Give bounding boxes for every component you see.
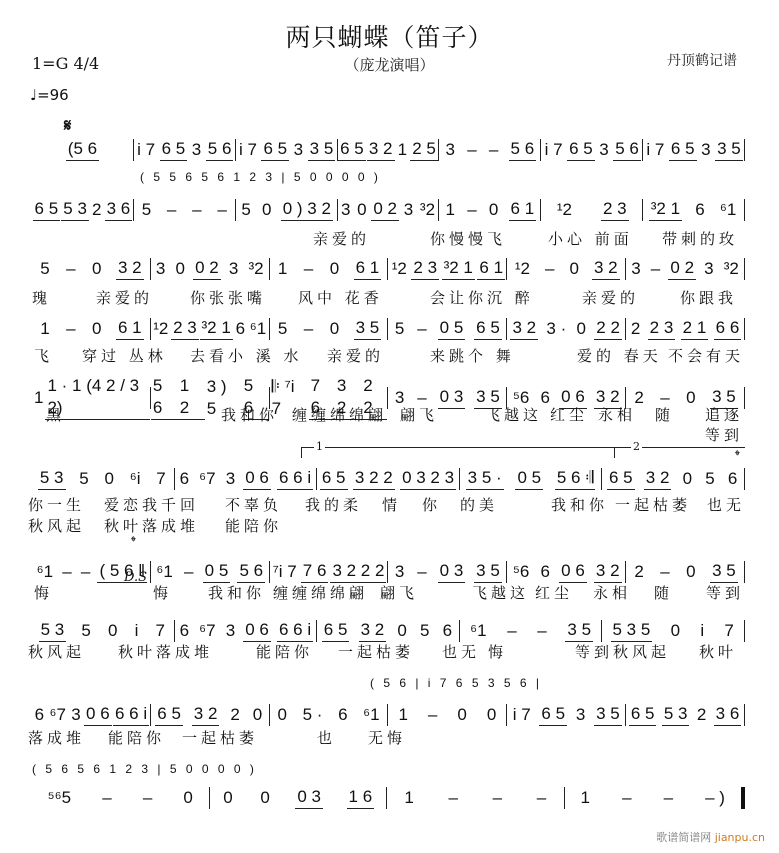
note-group: 2 3 (601, 198, 629, 221)
lyric-word: 一起枯萎 (615, 494, 691, 515)
measure: ³2 16⁶1 (643, 198, 744, 221)
note-group: 3 2 (192, 703, 220, 726)
coda-icon: 𝄌 (735, 448, 740, 464)
measure: 1–06 1 (439, 198, 540, 221)
lyric-word: 缠缠绵绵翩 (292, 404, 387, 425)
note-group: 5 3 (61, 198, 89, 221)
measure: ¹22 3³2 16⁶1 (151, 317, 269, 340)
note-group: 5 6 (206, 138, 234, 161)
note-group: – (100, 787, 113, 809)
note-group: 0 2 (371, 198, 399, 221)
note-group: 0 6 (559, 560, 587, 583)
note-group: 0 (575, 318, 588, 340)
note-group: 2 (695, 704, 708, 726)
note-group: 6 6 i (277, 619, 313, 642)
lyric-word: 红尘 (550, 404, 588, 425)
final-bar-line (741, 787, 745, 809)
note-group: 2 (629, 318, 642, 340)
segno-icon: 𝄋 (64, 116, 71, 136)
note-group: 5 (703, 468, 716, 490)
note-group: (5 6 (66, 138, 99, 161)
measure: ¹22 3 (541, 198, 642, 221)
note-group: ⁶1 (718, 199, 738, 221)
lyric-word: 不辜负 (225, 494, 282, 515)
note-group: 6 (336, 704, 349, 726)
note-group: ¹2 (390, 258, 409, 280)
note-group: 5 3 (39, 619, 67, 642)
lyric-word: 落成堆 (28, 727, 85, 748)
note-group: 3 6 (105, 198, 133, 221)
measure: 6 53 220 (151, 703, 269, 726)
note-group: 6 (178, 468, 191, 490)
note-group: 0 (328, 258, 341, 280)
note-group: 5 3 5 (611, 619, 653, 642)
note-group: – (649, 258, 662, 280)
note-group: 6 1 (116, 317, 144, 340)
measure: 1–06 1 (32, 317, 150, 340)
note-group: – (141, 787, 154, 809)
lyric-word: 秋叶落成堆 (104, 515, 199, 536)
note-group: – (415, 318, 428, 340)
note-group: 3 (597, 139, 610, 161)
note-group: 3 2 (116, 257, 144, 280)
lyric-word: 等到秋风起 (575, 641, 670, 662)
note-group: ¹2 (513, 258, 532, 280)
note-group: 3 (699, 139, 712, 161)
note-group: ⁶7 (197, 468, 217, 490)
measure: 5––– (134, 199, 235, 221)
note-group: 1 (32, 387, 45, 409)
measure: 3 5 ·0 55 6 𝄇 (460, 467, 602, 490)
lyric-word: 无悔 (368, 727, 406, 748)
note-group: ³2 1 (442, 257, 475, 280)
note-group: 5 (38, 258, 51, 280)
lyric-word: 永相 (593, 582, 631, 603)
note-group: 6 6 i (277, 467, 313, 490)
note-group: 0 (260, 199, 273, 221)
lyric-word: 能陪你 (108, 727, 165, 748)
note-group: ³2 (722, 258, 741, 280)
measure: i 76 533 5 (236, 138, 337, 161)
score-line: 1–06 1¹22 3³2 16⁶15–03 55–0 56 53 23 ·02… (32, 317, 745, 341)
note-group: 0 3 (438, 560, 466, 583)
note-group: 0 (455, 704, 468, 726)
note-group: 3 · (544, 318, 568, 340)
lyric-word: 你 (422, 494, 441, 515)
lyric-word: 飞 (34, 345, 53, 366)
measure: ⁶1–0 55 6 (151, 560, 269, 583)
tempo-marking: ♩=96 (30, 86, 69, 104)
lyric-word: 小心 前面 (548, 228, 633, 249)
note-group: 5 (79, 620, 92, 642)
note-group: – (491, 787, 504, 809)
note-group: – (465, 139, 478, 161)
measure: i 76 535 6 (134, 138, 235, 161)
lyric-word: 你张张嘴 (190, 287, 266, 308)
lyric-word: 去看小 溪 水 (190, 345, 303, 366)
score-line: 6 55 323 65–––500 ) 3 2300 23³21–06 1¹22… (32, 198, 745, 222)
note-group: 3 (224, 620, 237, 642)
lyric-word: 一起枯萎 (182, 727, 258, 748)
note-group: 0 5 (203, 560, 231, 583)
bar-line (744, 561, 745, 583)
note-group: 1 2 (178, 375, 205, 420)
note-group: i (698, 620, 706, 642)
note-group: 5 (239, 199, 252, 221)
note-group: i 7 (543, 139, 565, 161)
alt-melody-line: ( 5 5 6 5 6 1 2 3 | 5 0 0 0 0 ) (140, 170, 381, 184)
note-group: ⁶7 (47, 704, 67, 726)
note-group: 3 5 (474, 560, 502, 583)
lyric-word: 悔 (34, 582, 53, 603)
note-group: 1 (276, 258, 289, 280)
note-group: – (465, 199, 478, 221)
note-group: 3 5 (715, 138, 743, 161)
note-group: 1 (396, 704, 409, 726)
note-group: 6 5 (261, 138, 289, 161)
volta-bracket-2: 2 (614, 447, 745, 458)
note-group: 7 (153, 620, 166, 642)
measure: 5 350⁶i7 (32, 467, 174, 490)
note-group: 0 3 (295, 786, 323, 809)
measure: ⁵⁶5––0 (32, 787, 209, 809)
lyric-word: 等到 (706, 582, 744, 603)
note-group: 3 (402, 199, 415, 221)
measure: 000 31 6 (210, 786, 387, 809)
lyric-word: 也 (317, 727, 336, 748)
note-group: 0 5 (515, 467, 543, 490)
watermark: 歌谱简谱网 jianpu.cn (656, 829, 765, 845)
note-group: 2 3 (648, 317, 676, 340)
note-group: ⁵6 (511, 561, 532, 583)
lyric-word: 能陪你 (225, 515, 282, 536)
note-group: 5 (140, 199, 153, 221)
note-group: 3 (190, 139, 203, 161)
lyric-word: 会让你沉 醉 (430, 287, 534, 308)
lyric-word: 缠缠绵绵翩 (273, 582, 368, 603)
note-group: 0 (355, 199, 368, 221)
volta-2-label: 2 (631, 440, 642, 453)
lyric-word: 随 (655, 404, 674, 425)
lyric-word: 秋叶 (699, 641, 737, 662)
measure: 3–0 33 5 (388, 560, 506, 583)
measure: 1––– ) (565, 787, 742, 809)
lyric-word: 飞越这 (485, 404, 542, 425)
lyric-word: 你跟我 (680, 287, 737, 308)
measure: 22 32 16 6 (626, 317, 744, 340)
lyric-word: 秋风起 (28, 641, 85, 662)
note-group: 3 2 (644, 467, 672, 490)
lyric-word: 瑰 (32, 287, 51, 308)
note-group: 5 (418, 620, 431, 642)
note-group: 2 1 (681, 317, 709, 340)
lyric-word: 随 (654, 582, 673, 603)
note-group: 6 (178, 620, 191, 642)
lyric-word: 亲爱的 (96, 287, 153, 308)
lyric-word: 亲爱的 (327, 345, 384, 366)
lyric-word: 不会有天 (668, 345, 744, 366)
measure: i 76 533 5 (507, 703, 625, 726)
note-group: 6 (33, 704, 46, 726)
measure: 500 ) 3 2 (236, 198, 337, 221)
measure: 6⁶730 66 6 i (32, 703, 150, 726)
note-group: 1 6 (347, 786, 375, 809)
lyric-word: 你一生 (28, 494, 85, 515)
note-group: 3 5 (565, 619, 593, 642)
bar-line (744, 139, 745, 161)
note-group: 6 5 (320, 467, 348, 490)
note-group: – (79, 561, 92, 583)
measure: i 76 535 6 (541, 138, 642, 161)
note-group: – (505, 620, 518, 642)
measure: 6⁶730 66 6 i (175, 467, 317, 490)
note-group: 3 5 (308, 138, 336, 161)
lyric-word: 悔 (153, 582, 172, 603)
note-group: 3 (339, 199, 352, 221)
note-group: 1 (396, 139, 409, 161)
note-group: – (302, 318, 315, 340)
lyric-word: 亲爱的 (313, 228, 370, 249)
note-group: 6 5 (33, 198, 61, 221)
note-group: – (487, 139, 500, 161)
lyric-word: 带刺的玫 (662, 228, 738, 249)
measure: 5–0 56 5 (388, 317, 506, 340)
note-group: 0 (275, 704, 288, 726)
measure: 05 ·6⁶1 (270, 704, 388, 726)
lyric-word: 爱的 春天 (577, 345, 662, 366)
bar-line (744, 258, 745, 280)
note-group: 1 (38, 318, 51, 340)
note-group: 0 (567, 258, 580, 280)
lyric-word: 亲爱的 (582, 287, 639, 308)
note-group: 2 5 (410, 138, 438, 161)
lyric-word: 我和你 (221, 404, 278, 425)
note-group: 6 1 (477, 257, 505, 280)
note-group: – ) (703, 787, 727, 809)
note-group: 3 5 (354, 317, 382, 340)
note-group: – (535, 620, 548, 642)
note-group: 0 (395, 620, 408, 642)
note-group: 6 1 (509, 198, 537, 221)
bar-line (744, 620, 745, 642)
note-group: 2 2 (594, 317, 622, 340)
measure: ¹22 3³2 16 1 (388, 257, 506, 280)
watermark-en: jianpu.cn (715, 831, 765, 844)
lyric-word: 也无 (442, 641, 480, 662)
key-signature: 1=G 4/4 (32, 54, 99, 73)
measure: 1–00 (388, 704, 506, 726)
lyric-word: 追逐 (705, 404, 743, 425)
note-group: ⁶1 (248, 318, 268, 340)
note-group: ³2 (418, 199, 437, 221)
note-group: 3 2 (592, 257, 620, 280)
score-line: ⁵⁶5––0000 31 61–––1––– ) (32, 786, 745, 810)
note-group: – (426, 704, 439, 726)
note-group: 5 6 (151, 375, 178, 420)
lyric-word: 一起枯萎 (338, 641, 414, 662)
measure: 300 23³2 (338, 198, 439, 221)
measure: 3––5 6 (439, 138, 540, 161)
lyric-word: 的美 (460, 494, 498, 515)
measure: 3–0 23³2 (626, 257, 744, 280)
lyric-word: 我和你 (551, 494, 608, 515)
measure: ⁷i 77 63 2 2 2 (270, 560, 388, 583)
measure: 6 53 212 5 (338, 138, 439, 161)
note-group: 6 (234, 318, 247, 340)
note-group: 0 6 (243, 619, 271, 642)
note-group: ⁶1 (35, 561, 55, 583)
lyric-word: 等到 (705, 424, 743, 445)
note-group: 0 (328, 318, 341, 340)
note-group: – (190, 199, 203, 221)
note-group: ³2 (246, 258, 265, 280)
note-group: 5 (77, 468, 90, 490)
note-group: 6 5 (160, 138, 188, 161)
note-group: 6 5 (669, 138, 697, 161)
score-title: 两只蝴蝶（笛子） (0, 18, 779, 54)
measure: 6 53 2056 (602, 467, 744, 490)
measure: 1––– (387, 787, 564, 809)
note-group: ⁵⁶5 (46, 787, 74, 809)
note-group: 3 2 2 (353, 467, 395, 490)
note-group: ⁶1 (154, 561, 174, 583)
lyric-word: 翩飞 (400, 404, 438, 425)
note-group: 0 (181, 787, 194, 809)
measure: ⁶1––3 5 (460, 619, 602, 642)
score-line: 6⁶730 66 6 i6 53 22005 ·6⁶11–00i 76 533 … (32, 703, 745, 727)
note-group: – (535, 787, 548, 809)
lyric-word: 红尘 (535, 582, 573, 603)
lyric-word: 来跳个 舞 (430, 345, 515, 366)
lyric-word: 你慢慢飞 (430, 228, 506, 249)
lyric-word: 情 (382, 494, 401, 515)
note-group: 5 · (301, 704, 325, 726)
note-group: ⁶7 (197, 620, 217, 642)
note-group: 0 (102, 468, 115, 490)
note-group: 0 (684, 387, 697, 409)
lyric-word: 能陪你 (256, 641, 313, 662)
lyric-word: 翩飞 (380, 582, 418, 603)
note-group: – (182, 561, 195, 583)
note-group: ¹2 (555, 199, 574, 221)
bar-line (744, 199, 745, 221)
note-group: ⁶1 (468, 620, 488, 642)
measure: (5 6 (32, 138, 133, 161)
note-group: 3 2 (367, 138, 395, 161)
alt-melody-line: ( 5 6 5 6 1 2 3 | 5 0 0 0 0 ) (32, 762, 257, 776)
measure: 5–03 2 (32, 257, 150, 280)
coda-icon: 𝄌 (131, 534, 136, 550)
note-group: 0 2 (668, 257, 696, 280)
measure: 5 3 50i7 (602, 619, 744, 642)
note-group: 5 6 (613, 138, 641, 161)
lyric-word: 我和你 (208, 582, 265, 603)
score-subtitle: （庞龙演唱） (0, 54, 779, 75)
note-group: 5 6 (237, 560, 265, 583)
lyric-word: 永相 (598, 404, 636, 425)
score-line: (5 6i 76 535 6i 76 533 56 53 212 53––5 6… (32, 138, 745, 162)
note-group: – (543, 258, 556, 280)
note-group: 1 (444, 199, 457, 221)
note-group: 6 6 (714, 317, 742, 340)
measure: 300 23³2 (151, 257, 269, 280)
measure: 2–03 5 (626, 560, 744, 583)
note-group: 3 (629, 258, 642, 280)
note-group: 3 (154, 258, 167, 280)
note-group: – (662, 787, 675, 809)
note-group: i 7 (644, 139, 666, 161)
measure: i 76 533 5 (643, 138, 744, 161)
note-group: 7 (722, 620, 735, 642)
measure: 5 350i7 (32, 619, 174, 642)
measure: 6 53 2056 (317, 619, 459, 642)
note-group: i 7 (135, 139, 157, 161)
note-group: 3 2 2 2 (330, 560, 386, 583)
note-group: 5 6 (509, 138, 537, 161)
note-group: 0 2 (193, 257, 221, 280)
note-group: 3 2 (594, 560, 622, 583)
ds-marking: D.S (124, 570, 147, 585)
note-group: 5 3 (662, 703, 690, 726)
note-group: 0 5 (438, 317, 466, 340)
note-group: – (64, 258, 77, 280)
note-group: 2 (632, 561, 645, 583)
note-group: 6 5 (567, 138, 595, 161)
note-group: 0 3 2 3 (400, 467, 456, 490)
note-group: i 7 (511, 704, 533, 726)
note-group: ³2 1 (649, 198, 682, 221)
watermark-cn: 歌谱简谱网 (656, 831, 711, 844)
measure: 6 55 323 6 (626, 703, 744, 726)
volta-1-label: 1 (314, 440, 325, 453)
note-group: 0 6 (243, 467, 271, 490)
note-group: 0 (681, 468, 694, 490)
note-group: 0 (106, 620, 119, 642)
note-group: ⁷i 7 (271, 561, 299, 583)
note-group: 3 5 · (466, 467, 504, 490)
note-group: 5 3 (38, 467, 66, 490)
note-group: – (446, 787, 459, 809)
lyric-word: 秋风起 (28, 515, 85, 536)
lyric-word: 风中 花香 (298, 287, 383, 308)
note-group: 6 5 (539, 703, 567, 726)
note-group: 5 (393, 318, 406, 340)
note-group: 3 (69, 704, 82, 726)
note-group: ³2 1 (200, 317, 233, 340)
transcriber: 丹顶鹤记谱 (667, 50, 737, 70)
note-group: ⁶1 (361, 704, 381, 726)
note-group: 6 5 (629, 703, 657, 726)
measure: 6⁶730 66 6 i (175, 619, 317, 642)
note-group: 0 (90, 258, 103, 280)
note-group: – (415, 561, 428, 583)
note-group: 6 5 (322, 619, 350, 642)
lyric-word: 飞越这 (472, 582, 529, 603)
note-group: 0 (669, 620, 682, 642)
note-group: 6 (693, 199, 706, 221)
note-group: – (215, 199, 228, 221)
note-group: 3 (292, 139, 305, 161)
note-group: 5 (276, 318, 289, 340)
lyric-word: 也无 (707, 494, 745, 515)
lyric-word: 秋叶落成堆 (118, 641, 213, 662)
note-group: 3 (702, 258, 715, 280)
note-group: – (165, 199, 178, 221)
note-group: 3 (224, 468, 237, 490)
note-group: 3 (227, 258, 240, 280)
note-group: 6 1 (354, 257, 382, 280)
note-group: 3 2 (510, 317, 538, 340)
